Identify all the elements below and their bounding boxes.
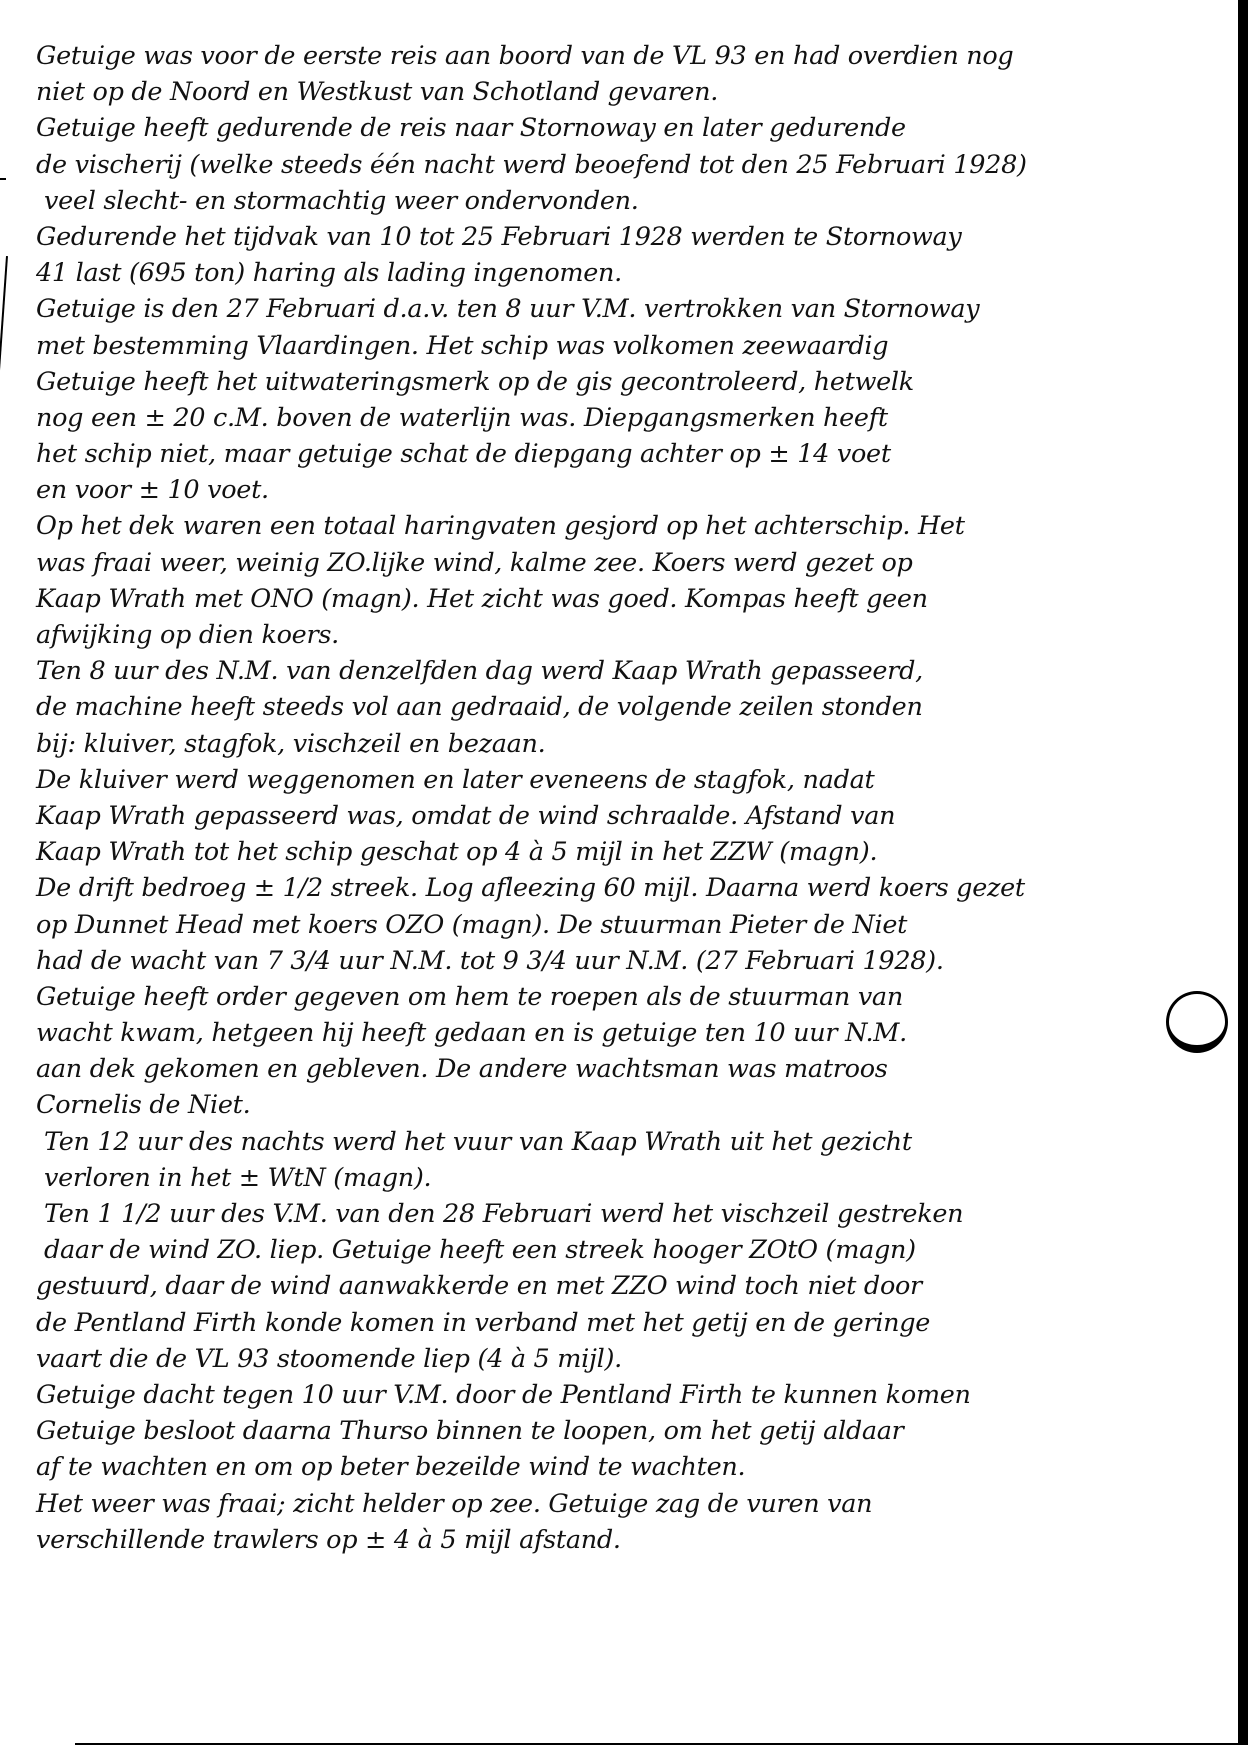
text-line: verloren in het ± WtN (magn). (36, 1160, 1116, 1196)
text-line: Op het dek waren een totaal haringvaten … (36, 508, 1116, 544)
text-line: Gedurende het tijdvak van 10 tot 25 Febr… (36, 219, 1116, 255)
text-line: De kluiver werd weggenomen en later even… (36, 762, 1116, 798)
text-line: de Pentland Firth konde komen in verband… (36, 1305, 1116, 1341)
text-line: had de wacht van 7 3/4 uur N.M. tot 9 3/… (36, 943, 1116, 979)
text-line: de vischerij (welke steeds één nacht wer… (36, 147, 1116, 183)
text-line: Ten 12 uur des nachts werd het vuur van … (36, 1124, 1116, 1160)
text-line: Getuige heeft gedurende de reis naar Sto… (36, 110, 1116, 146)
text-line: verschillende trawlers op ± 4 à 5 mijl a… (36, 1522, 1116, 1558)
text-line: Getuige dacht tegen 10 uur V.M. door de … (36, 1377, 1116, 1413)
punch-hole (1166, 991, 1228, 1053)
text-line: de machine heeft steeds vol aan gedraaid… (36, 689, 1116, 725)
text-line: afwijking op dien koers. (36, 617, 1116, 653)
scan-border-bottom (75, 1743, 1238, 1745)
text-line: Getuige heeft het uitwateringsmerk op de… (36, 364, 1116, 400)
text-line: daar de wind ZO. liep. Getuige heeft een… (36, 1232, 1116, 1268)
text-line: Ten 1 1/2 uur des V.M. van den 28 Februa… (36, 1196, 1116, 1232)
document-page: Getuige was voor de eerste reis aan boor… (0, 0, 1248, 1753)
text-line: op Dunnet Head met koers OZO (magn). De … (36, 907, 1116, 943)
text-line: Kaap Wrath tot het schip geschat op 4 à … (36, 834, 1116, 870)
scan-border-right (1238, 0, 1248, 1745)
text-line: Ten 8 uur des N.M. van denzelfden dag we… (36, 653, 1116, 689)
text-line: wacht kwam, hetgeen hij heeft gedaan en … (36, 1015, 1116, 1051)
text-line: veel slecht- en stormachtig weer ondervo… (36, 183, 1116, 219)
margin-mark (0, 178, 6, 180)
text-line: het schip niet, maar getuige schat de di… (36, 436, 1116, 472)
text-line: Kaap Wrath gepasseerd was, omdat de wind… (36, 798, 1116, 834)
text-line: niet op de Noord en Westkust van Schotla… (36, 74, 1116, 110)
text-line: nog een ± 20 c.M. boven de waterlijn was… (36, 400, 1116, 436)
text-line: Getuige besloot daarna Thurso binnen te … (36, 1413, 1116, 1449)
text-line: Kaap Wrath met ONO (magn). Het zicht was… (36, 581, 1116, 617)
margin-annotation-line (0, 256, 8, 386)
text-line: De drift bedroeg ± 1/2 streek. Log aflee… (36, 870, 1116, 906)
text-line: aan dek gekomen en gebleven. De andere w… (36, 1051, 1116, 1087)
text-line: met bestemming Vlaardingen. Het schip wa… (36, 328, 1116, 364)
text-line: Het weer was fraai; zicht helder op zee.… (36, 1486, 1116, 1522)
text-line: vaart die de VL 93 stoomende liep (4 à 5… (36, 1341, 1116, 1377)
text-line: was fraai weer, weinig ZO.lijke wind, ka… (36, 545, 1116, 581)
text-line: gestuurd, daar de wind aanwakkerde en me… (36, 1268, 1116, 1304)
text-line: af te wachten en om op beter bezeilde wi… (36, 1449, 1116, 1485)
text-line: Getuige heeft order gegeven om hem te ro… (36, 979, 1116, 1015)
text-line: en voor ± 10 voet. (36, 472, 1116, 508)
text-line: bij: kluiver, stagfok, vischzeil en beza… (36, 726, 1116, 762)
text-line: 41 last (695 ton) haring als lading inge… (36, 255, 1116, 291)
text-line: Getuige is den 27 Februari d.a.v. ten 8 … (36, 291, 1116, 327)
text-line: Getuige was voor de eerste reis aan boor… (36, 38, 1116, 74)
text-line: Cornelis de Niet. (36, 1087, 1116, 1123)
handwritten-text-block: Getuige was voor de eerste reis aan boor… (36, 38, 1116, 1558)
